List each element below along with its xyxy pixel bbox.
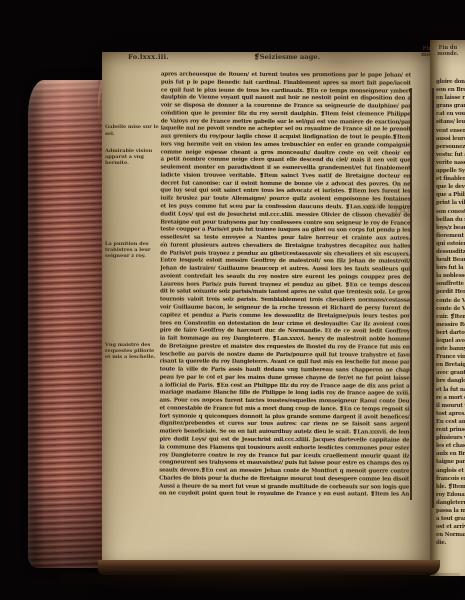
printed-margin-note: Gabelle mise sur le sel. [105,124,159,136]
right-page-text-line: este banny d [436,345,465,353]
right-page-text-line: aulx en Bre [436,450,465,458]
right-page-text-line: print la ville [436,199,465,207]
right-page-text-line: ost et arriva [436,523,465,531]
right-page-text-line: appelle Sym [436,167,465,175]
right-page-text-line: avec grant n [436,369,465,377]
right-page-text-line: plusieurs vi [436,434,465,442]
printed-margin-note: La punition des trahistres a leur seigne… [105,241,159,259]
right-page-text-line: messire Rob [436,321,465,329]
right-page-text-line: aussi leurs p [436,135,465,143]
printed-margin-note: Admirable vision apparut a vng hermite. [105,148,159,166]
right-page-text-line: perdit Henr [436,288,465,296]
right-page-text-line: vent enserre [436,127,465,135]
right-page-text-fragments: gloire dont lson en Breten laisse repgra… [436,78,465,547]
right-page-text-line: qui estoient l [436,240,465,248]
right-page-text-line: bellan du roy [436,216,465,224]
right-page-text-line: en Norman [436,531,465,539]
left-page: Fo.lxxx.iii. ❡Seiziesme aage. Fin du mon… [102,52,432,568]
right-page-text-line: fierement ba [436,232,465,240]
book-shadow [60,573,460,593]
right-page-text-line: lors fut la ba [436,264,465,272]
right-page-text-line: son en Bret [436,86,465,94]
right-page-text-line: souffrette ne [436,280,465,288]
right-page-text-line: personnez et [436,143,465,151]
right-page-text-line: il mourut to [436,402,465,410]
right-page-text-line: dessusditz es [436,248,465,256]
right-page-text-line: verite nasqu [436,159,465,167]
right-page-text-line: et finableme [436,175,465,183]
right-page-text-line: die. [436,539,465,547]
body-text-block: apres archeuesque de Rouen/ et furent to… [159,71,411,499]
printed-margin-note: Vng maistre des requestes pillorie et mi… [105,342,159,360]
right-page-text-line: que a Philip [436,191,465,199]
right-page-text-line: loys/z beaus [436,224,465,232]
right-page-text-line: bert dartoys [436,329,465,337]
right-page-text-line: grans grans [436,102,465,110]
right-page-text-line: anglois et le [436,467,465,475]
body-text-line: on ne cuydoit point quen tout le royaulm… [159,491,409,500]
right-page-text-line: les et chaste [436,442,465,450]
right-page-text-line: cat en vous s [436,110,465,118]
right-page-text-line: gloire dont l [436,78,465,86]
right-page-text-line: tost apres. ❡ [436,410,465,418]
right-page-text-line: en Bretaign [436,361,465,369]
right-page-text-line: conte de Vol [436,305,465,313]
running-title: ❡Seiziesme aage. [220,53,354,61]
right-page-text-line: roy Edouar [436,491,465,499]
right-page-text-line: en laisse rep [436,94,465,102]
right-page-text-line: ble. ❡Item l [436,483,465,491]
right-page-text-line: lequel avoit [436,337,465,345]
right-page-edge: Fin du monde. gloire dont lson en Breten… [430,40,465,576]
margin-bracket-line-right [432,88,434,508]
right-page-text-line: la noblesse d [436,272,465,280]
right-page-text-line: taigne par le [436,458,465,466]
right-page-text-line: re a mort do [436,394,465,402]
right-page-text-line: passa la me [436,507,465,515]
right-page-text-line: vestu: fut a K [436,151,465,159]
right-page-text-line: et la fut nav [436,386,465,394]
margin-notes-column: Gabelle mise sur le sel.Admirable vision… [105,52,159,552]
right-page-text-line: bre danglois [436,377,465,385]
right-page-text-line: a tout grant [436,515,465,523]
right-page-text-line: cuir. ❡Item [436,313,465,321]
right-page-text-line: rent prinses [436,426,465,434]
right-page-text-line: dangleterre [436,499,465,507]
right-page-text-line: France vint [436,353,465,361]
right-page-text-line: heult Beaum [436,256,465,264]
right-page-text-line: conte de Vil [436,297,465,305]
fin-du-monde-note-right: Fin du monde. [433,45,463,58]
book-fore-edge-pages [28,80,106,568]
right-page-text-line: son conestab [436,208,465,216]
right-page-text-line: que le devoit [436,183,465,191]
right-page-text-line: sitans/ leur [436,118,465,126]
right-page-text-line: En cest an f [436,418,465,426]
right-page-text-line: francois ens [436,475,465,483]
photograph-of-open-book: Fo.lxxx.iii. ❡Seiziesme aage. Fin du mon… [0,0,465,600]
